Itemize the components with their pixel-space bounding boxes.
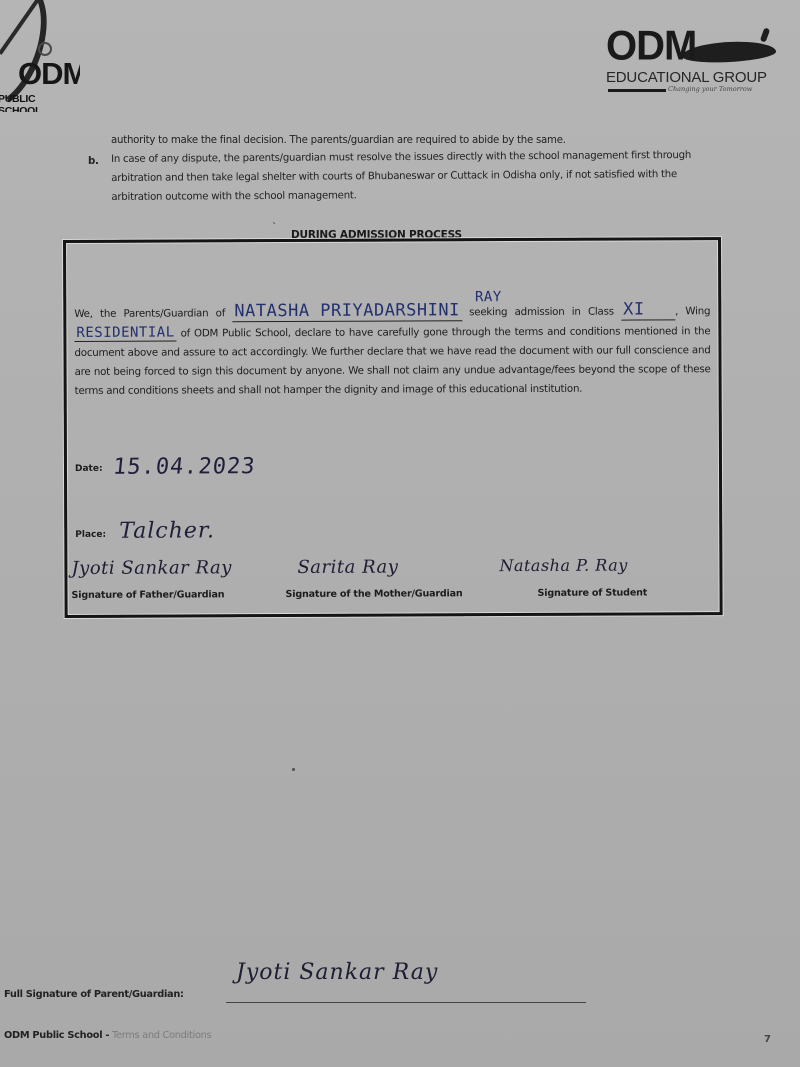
clause-b-text: In case of any dispute, the parents/guar…	[111, 146, 713, 207]
group-logo-subtitle: EDUCATIONAL GROUP	[606, 70, 767, 85]
school-logo-subtitle: PUBLIC SCHOOL	[0, 94, 80, 112]
page-number: 7	[764, 1034, 771, 1045]
student-name-field[interactable]: NATASHA PRIYADARSHINIRAY	[232, 301, 462, 322]
declaration-part1: We, the Parents/Guardian of	[74, 307, 225, 320]
school-logo-name: ODM	[18, 58, 80, 89]
place-field[interactable]: Talcher.	[119, 518, 215, 543]
mother-signature-label: Signature of the Mother/Guardian	[286, 588, 463, 600]
footer-doc-title: Terms and Conditions	[112, 1030, 211, 1041]
full-signature-field[interactable]: Jyoti Sankar Ray	[236, 960, 438, 985]
group-logo-name: ODM	[606, 25, 696, 67]
crest-figure-icon	[38, 42, 52, 56]
clause-b-marker: b.	[88, 152, 99, 171]
student-surname-value: RAY	[475, 288, 502, 307]
student-signature-label: Signature of Student	[538, 587, 648, 598]
footer: ODM Public School - Terms and Conditions	[4, 1030, 211, 1041]
father-signature-label: Signature of Father/Guardian	[72, 589, 225, 601]
paper-speck	[292, 768, 295, 771]
student-name-value: NATASHA PRIYADARSHINI	[234, 300, 460, 321]
footer-school: ODM Public School -	[4, 1030, 109, 1041]
class-field[interactable]: XI	[621, 300, 675, 320]
father-signature[interactable]: Jyoti Sankar Ray	[71, 557, 232, 579]
logo-underline	[608, 89, 666, 92]
full-signature-line	[226, 1002, 586, 1003]
date-field[interactable]: 15.04.2023	[112, 454, 257, 480]
date-label: Date:	[75, 464, 103, 474]
mother-signature[interactable]: Sarita Ray	[297, 557, 398, 578]
student-signature[interactable]: Natasha P. Ray	[499, 556, 627, 576]
full-signature-label: Full Signature of Parent/Guardian:	[4, 989, 184, 1000]
declaration-text: We, the Parents/Guardian of NATASHA PRIY…	[74, 300, 710, 401]
place-label: Place:	[75, 530, 106, 540]
declaration-part3: , Wing	[675, 305, 710, 317]
declaration-box: We, the Parents/Guardian of NATASHA PRIY…	[63, 237, 723, 618]
declaration-part2: seeking admission in Class	[469, 306, 614, 319]
stray-mark: `	[272, 222, 277, 233]
school-logo: ODM PUBLIC SCHOOL	[0, 0, 80, 112]
group-logo: ODM EDUCATIONAL GROUP Changing your Tomo…	[604, 26, 784, 98]
surfer-icon	[760, 27, 770, 42]
wing-field[interactable]: RESIDENTIAL	[74, 325, 176, 342]
group-logo-tagline: Changing your Tomorrow	[668, 85, 752, 93]
